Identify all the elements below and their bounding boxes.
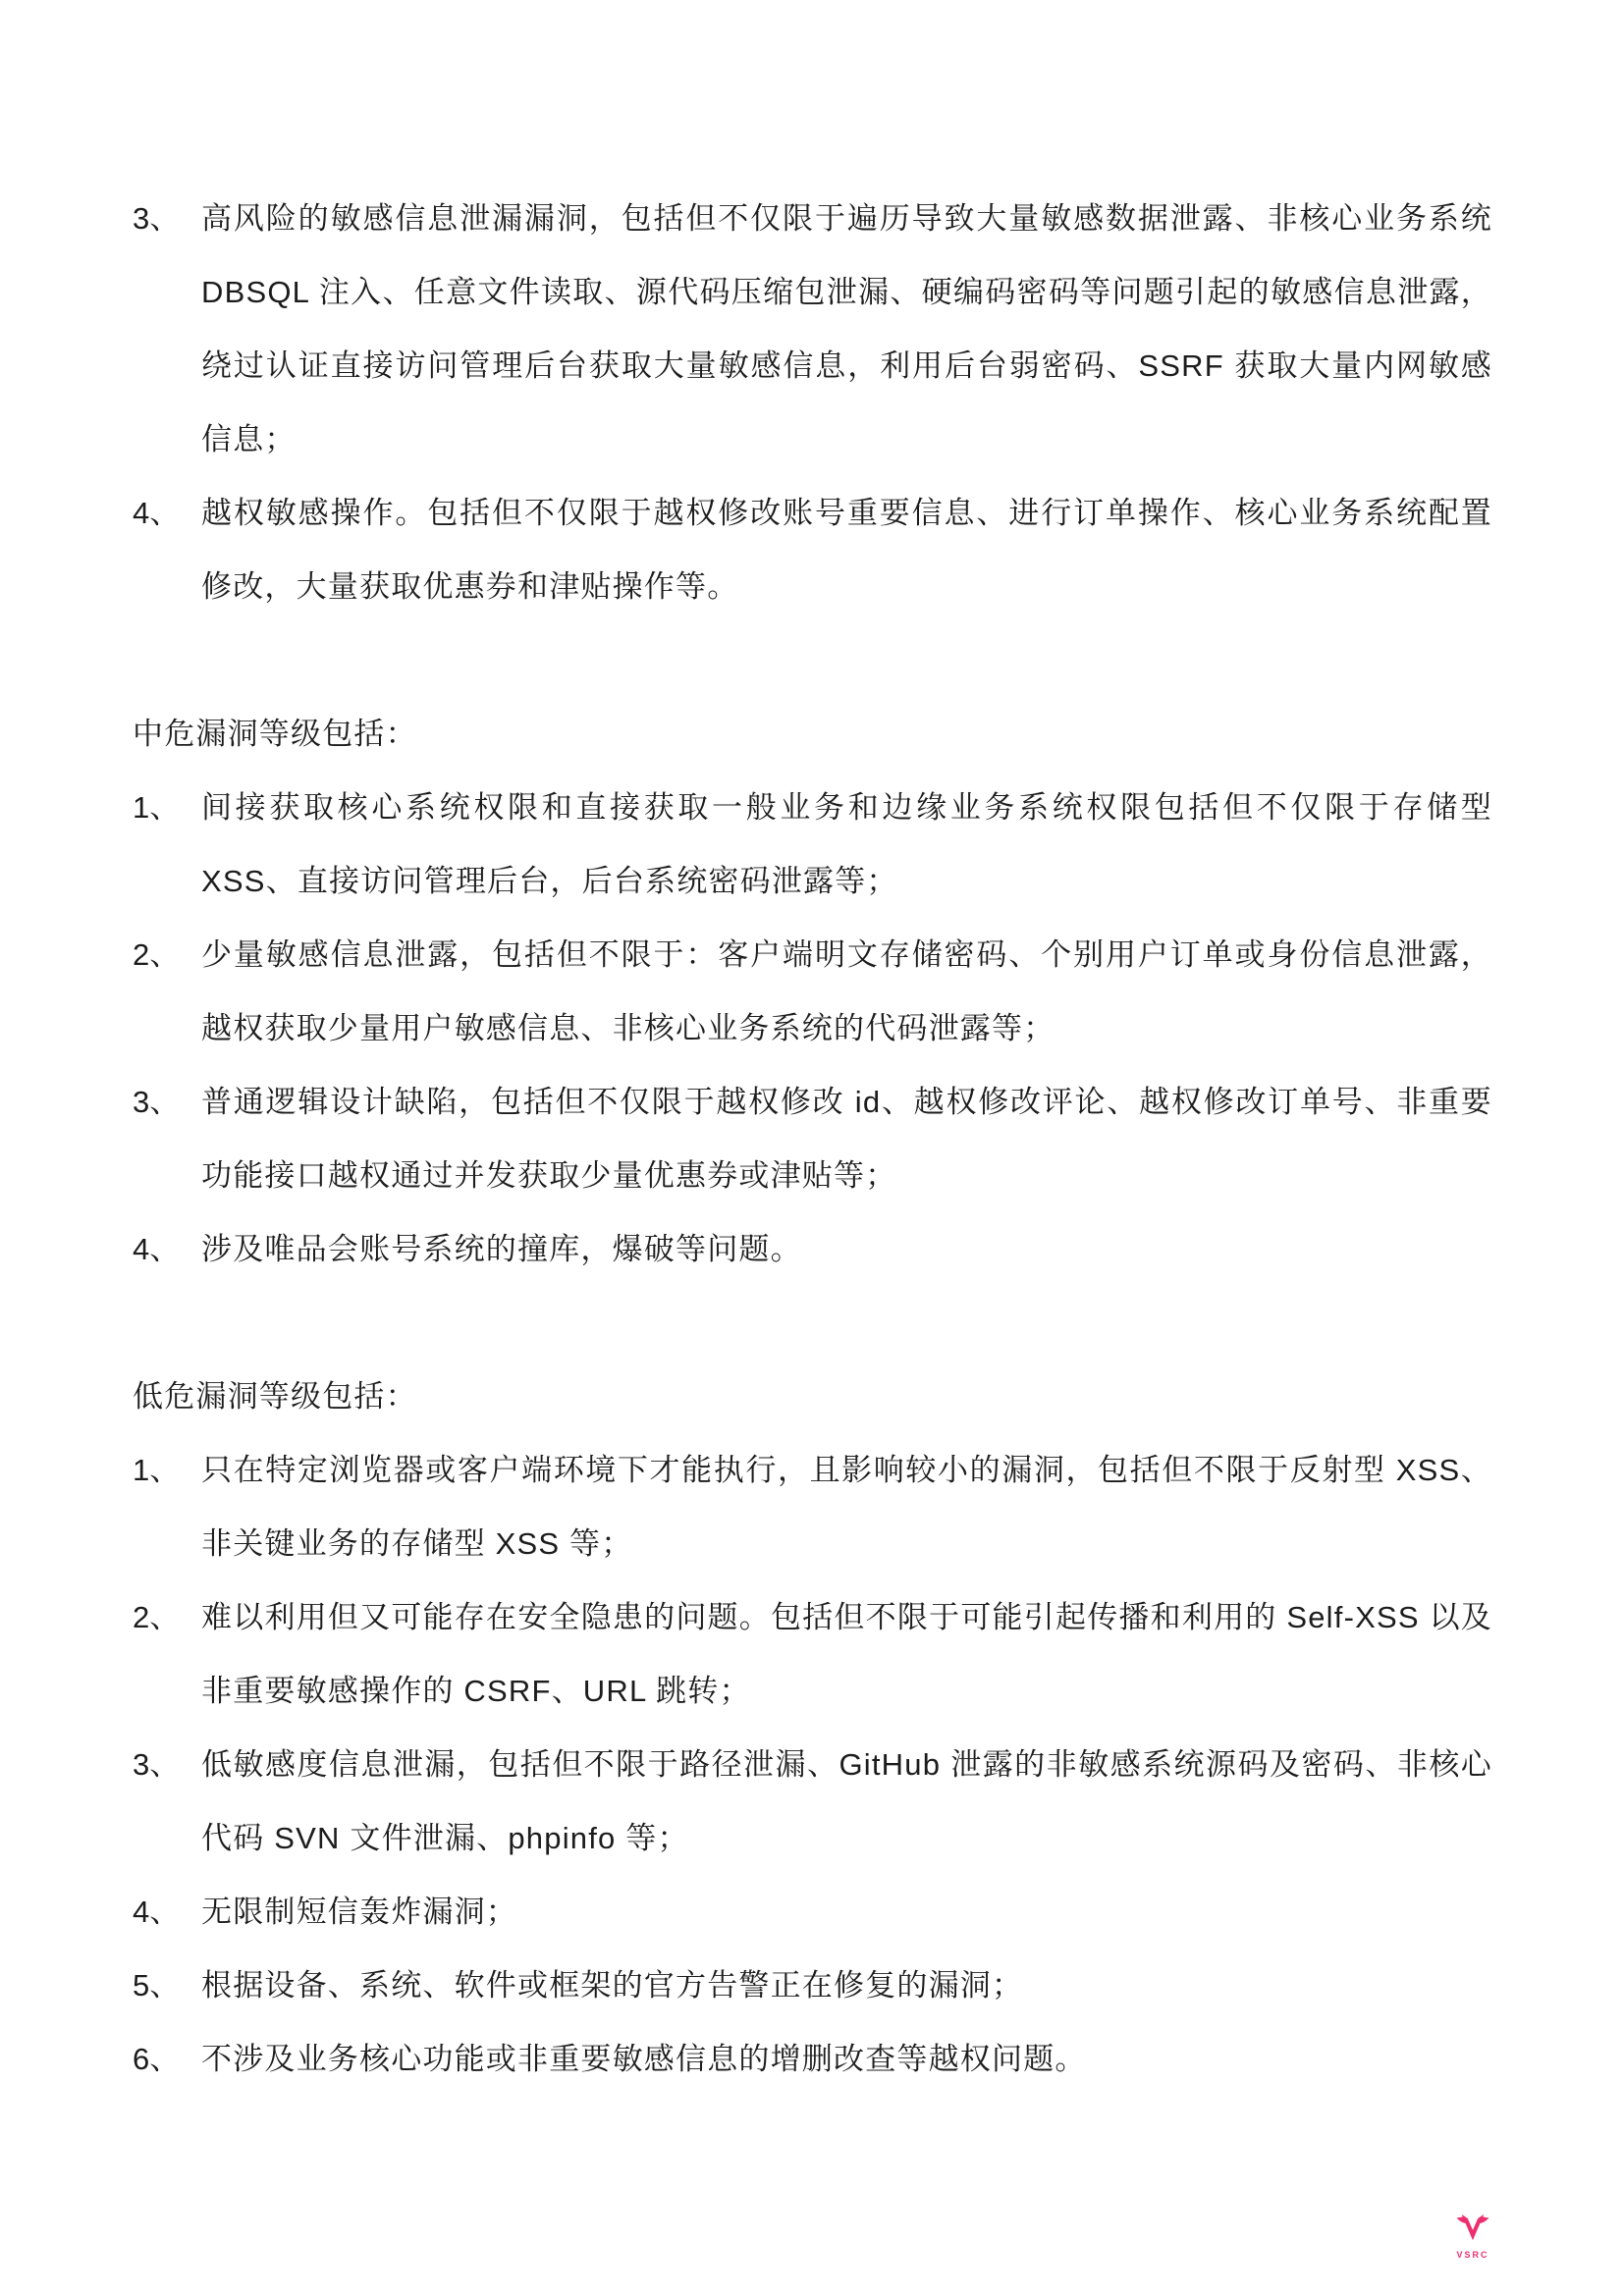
high-risk-list: 3、高风险的敏感信息泄漏漏洞，包括但不仅限于遍历导致大量敏感数据泄露、非核心业务… — [133, 182, 1492, 623]
list-item-text: 间接获取核心系统权限和直接获取一般业务和边缘业务系统权限包括但不仅限于存储型 X… — [201, 790, 1492, 898]
low-risk-list: 1、只在特定浏览器或客户端环境下才能执行，且影响较小的漏洞，包括但不限于反射型 … — [133, 1433, 1492, 2096]
document-page: 3、高风险的敏感信息泄漏漏洞，包括但不仅限于遍历导致大量敏感数据泄露、非核心业务… — [0, 0, 1623, 2296]
list-item-text: 低敏感度信息泄漏，包括但不限于路径泄漏、GitHub 泄露的非敏感系统源码及密码… — [201, 1747, 1492, 1855]
vsrc-logo: VSRC — [1447, 2211, 1498, 2260]
list-item: 3、高风险的敏感信息泄漏漏洞，包括但不仅限于遍历导致大量敏感数据泄露、非核心业务… — [133, 182, 1492, 476]
list-item: 5、根据设备、系统、软件或框架的官方告警正在修复的漏洞； — [133, 1949, 1492, 2022]
list-item-text: 涉及唯品会账号系统的撞库，爆破等问题。 — [201, 1232, 802, 1266]
list-item-text: 难以利用但又可能存在安全隐患的问题。包括但不限于可能引起传播和利用的 Self-… — [201, 1600, 1492, 1708]
list-item: 2、少量敏感信息泄露，包括但不限于：客户端明文存储密码、个别用户订单或身份信息泄… — [133, 918, 1492, 1065]
list-item: 4、越权敏感操作。包括但不仅限于越权修改账号重要信息、进行订单操作、核心业务系统… — [133, 476, 1492, 623]
list-item-number: 2、 — [133, 1580, 180, 1654]
list-item-text: 根据设备、系统、软件或框架的官方告警正在修复的漏洞； — [201, 1968, 1023, 2002]
vsrc-logo-text: VSRC — [1447, 2250, 1498, 2260]
list-item-text: 无限制短信轰炸漏洞； — [201, 1895, 517, 1929]
list-item-text: 越权敏感操作。包括但不仅限于越权修改账号重要信息、进行订单操作、核心业务系统配置… — [201, 496, 1492, 604]
list-item: 3、普通逻辑设计缺陷，包括但不仅限于越权修改 id、越权修改评论、越权修改订单号… — [133, 1065, 1492, 1212]
list-item-number: 5、 — [133, 1949, 180, 2022]
medium-risk-list: 1、间接获取核心系统权限和直接获取一般业务和边缘业务系统权限包括但不仅限于存储型… — [133, 771, 1492, 1286]
low-risk-heading: 低危漏洞等级包括： — [133, 1360, 1492, 1433]
list-item-number: 4、 — [133, 1212, 180, 1286]
list-item-number: 1、 — [133, 771, 180, 844]
vsrc-phoenix-icon — [1454, 2211, 1491, 2244]
list-item-number: 1、 — [133, 1433, 180, 1507]
list-item-number: 4、 — [133, 1875, 180, 1949]
list-item: 6、不涉及业务核心功能或非重要敏感信息的增删改查等越权问题。 — [133, 2022, 1492, 2096]
list-item: 4、涉及唯品会账号系统的撞库，爆破等问题。 — [133, 1212, 1492, 1286]
list-item: 1、间接获取核心系统权限和直接获取一般业务和边缘业务系统权限包括但不仅限于存储型… — [133, 771, 1492, 918]
list-item-number: 3、 — [133, 1065, 180, 1139]
medium-risk-heading: 中危漏洞等级包括： — [133, 697, 1492, 771]
list-item-number: 4、 — [133, 476, 180, 550]
list-item-text: 只在特定浏览器或客户端环境下才能执行，且影响较小的漏洞，包括但不限于反射型 XS… — [201, 1453, 1492, 1561]
list-item-number: 2、 — [133, 918, 180, 991]
list-item-number: 3、 — [133, 182, 180, 255]
list-item: 4、无限制短信轰炸漏洞； — [133, 1875, 1492, 1949]
list-item-number: 6、 — [133, 2022, 180, 2096]
list-item-text: 不涉及业务核心功能或非重要敏感信息的增删改查等越权问题。 — [201, 2042, 1087, 2076]
list-item-text: 少量敏感信息泄露，包括但不限于：客户端明文存储密码、个别用户订单或身份信息泄露，… — [201, 937, 1492, 1045]
list-item-text: 普通逻辑设计缺陷，包括但不仅限于越权修改 id、越权修改评论、越权修改订单号、非… — [201, 1085, 1492, 1193]
list-item: 1、只在特定浏览器或客户端环境下才能执行，且影响较小的漏洞，包括但不限于反射型 … — [133, 1433, 1492, 1580]
list-item: 3、低敏感度信息泄漏，包括但不限于路径泄漏、GitHub 泄露的非敏感系统源码及… — [133, 1728, 1492, 1875]
list-item-number: 3、 — [133, 1728, 180, 1801]
list-item-text: 高风险的敏感信息泄漏漏洞，包括但不仅限于遍历导致大量敏感数据泄露、非核心业务系统… — [201, 201, 1492, 456]
list-item: 2、难以利用但又可能存在安全隐患的问题。包括但不限于可能引起传播和利用的 Sel… — [133, 1580, 1492, 1728]
